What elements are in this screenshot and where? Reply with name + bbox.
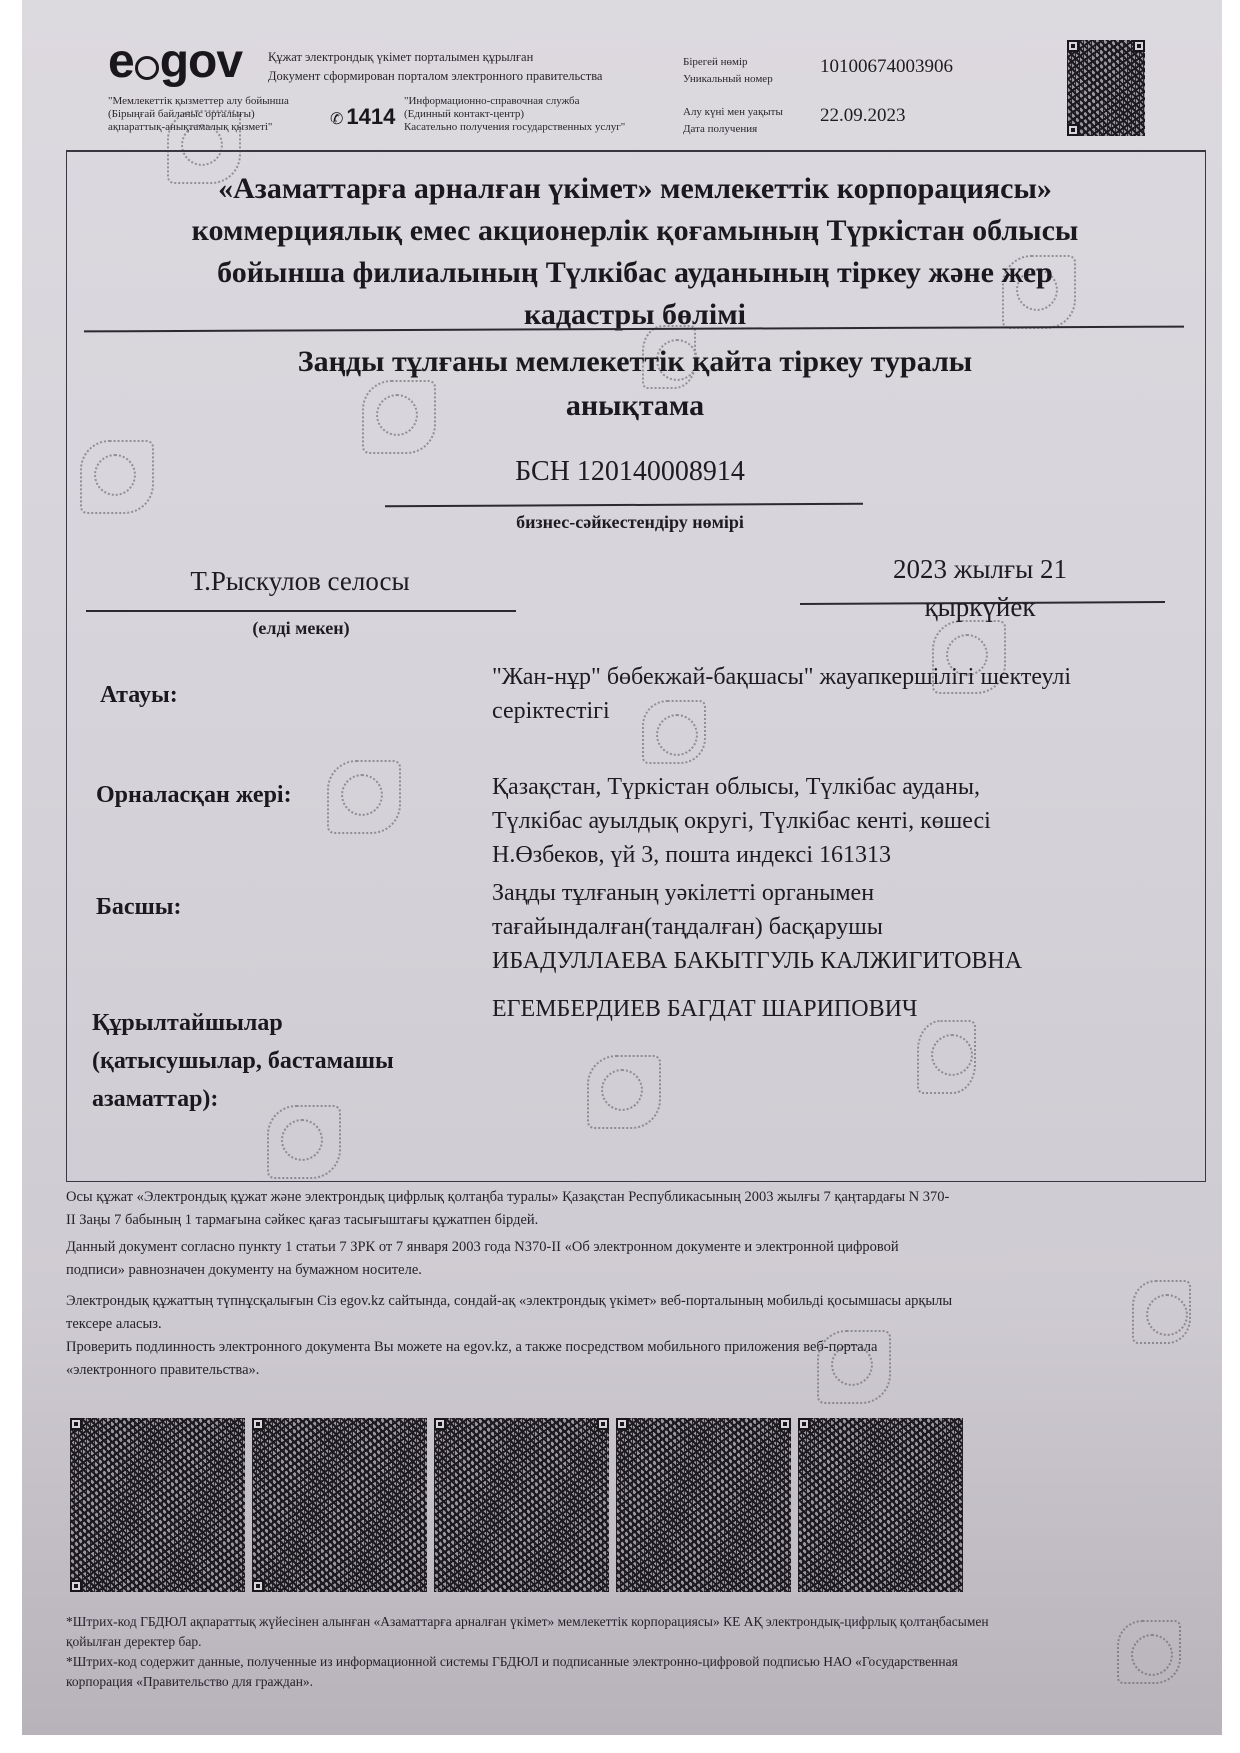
qr-code-icon: [252, 1418, 427, 1592]
org-line: бойынша филиалының Түлкібас ауданының ті…: [70, 252, 1200, 294]
org-line: коммерциялық емес акционерлік қоғамының …: [70, 210, 1200, 252]
barcode-note-line: қойылған деректер бар.: [66, 1632, 1216, 1652]
barcode-note-line: корпорация «Правительство для граждан».: [66, 1672, 1216, 1692]
issue-date-line2: қыркүйек: [800, 592, 1160, 623]
logo-text-gov: gov: [160, 35, 242, 88]
receipt-date-value: 22.09.2023: [820, 105, 906, 127]
document-title: Заңды тұлғаны мемлекеттік қайта тіркеу т…: [70, 340, 1200, 428]
service-ru-line: "Информационно-справочная служба: [404, 95, 625, 108]
date-label-kk: Алу күні мен уақыты: [683, 104, 783, 121]
legal-notice: Осы құжат «Электрондық құжат және электр…: [66, 1186, 1216, 1382]
label-line: Құрылтайшылар: [92, 1004, 394, 1042]
label-line: азаматтар):: [92, 1080, 394, 1118]
qr-finder-icon: [70, 1418, 82, 1430]
qr-finder-icon: [252, 1580, 264, 1592]
service-kk-line: "Мемлекеттік қызметтер алу бойынша: [108, 95, 289, 108]
service-ru-line: Касательно получения государственных усл…: [404, 121, 625, 134]
barcode-note-line: *Штрих-код содержит данные, полученные и…: [66, 1652, 1216, 1672]
qr-finder-icon: [616, 1418, 628, 1430]
unique-number-value: 10100674003906: [820, 56, 953, 78]
service-info-kk: "Мемлекеттік қызметтер алу бойынша (Біры…: [108, 95, 289, 134]
qr-finder-icon: [779, 1418, 791, 1430]
org-line: «Азаматтарға арналған үкімет» мемлекетті…: [70, 168, 1200, 210]
field-value-name: "Жан-нұр" бөбекжай-бақшасы" жауапкершілі…: [492, 660, 1172, 728]
field-value-founders: ЕГЕМБЕРДИЕВ БАГДАТ ШАРИПОВИЧ: [492, 992, 1172, 1026]
legal-line: Осы құжат «Электрондық құжат және электр…: [66, 1186, 1216, 1209]
verify-line: Электрондық құжаттың түпнұсқалығын Сіз e…: [66, 1290, 1216, 1313]
qr-finder-icon: [1067, 124, 1079, 136]
legal-line: Данный документ согласно пункту 1 статьи…: [66, 1236, 1216, 1259]
logo-circle-icon: [135, 56, 159, 80]
unique-label-kk: Бірегей нөмір: [683, 54, 773, 71]
verify-line: тексере аласыз.: [66, 1313, 1216, 1336]
verify-line: Проверить подлинность электронного докум…: [66, 1336, 1216, 1359]
phone-number: 1414: [346, 104, 395, 129]
portal-line-kk: Құжат электрондық үкімет порталымен құры…: [268, 48, 602, 67]
qr-code-icon: [70, 1418, 245, 1592]
unique-number-label: Бірегей нөмір Уникальный номер: [683, 54, 773, 88]
value-line: Түлкібас ауылдық округі, Түлкібас кенті,…: [492, 804, 1172, 838]
qr-code-icon: [616, 1418, 791, 1592]
legal-line: II Заңы 7 бабының 1 тармағына сәйкес қағ…: [66, 1209, 1216, 1232]
issue-date-line1: 2023 жылғы 21: [800, 554, 1160, 585]
value-line: "Жан-нұр" бөбекжай-бақшасы" жауапкершілі…: [492, 660, 1172, 694]
qr-finder-icon: [434, 1418, 446, 1430]
value-line: ИБАДУЛЛАЕВА БАКЫТГУЛЬ КАЛЖИГИТОВНА: [492, 944, 1192, 978]
receipt-date-label: Алу күні мен уақыты Дата получения: [683, 104, 783, 138]
locality-underline: [86, 610, 516, 612]
egov-logo: egov: [108, 38, 242, 86]
title-line: анықтама: [70, 384, 1200, 428]
barcode-notice: *Штрих-код ГБДЮЛ ақпараттық жүйесінен ал…: [66, 1612, 1216, 1692]
locality-caption: (елді мекен): [86, 618, 516, 639]
field-label-founders: Құрылтайшылар (қатысушылар, бастамашы аз…: [92, 1004, 394, 1118]
qr-code-icon: [798, 1418, 963, 1592]
value-line: серіктестігі: [492, 694, 1172, 728]
phone-icon: ✆: [330, 111, 343, 128]
date-label-ru: Дата получения: [683, 121, 783, 138]
qr-code-icon: [434, 1418, 609, 1592]
value-line: тағайындалған(таңдалған) басқарушы: [492, 910, 1192, 944]
header-qr-code: [1067, 40, 1145, 136]
qr-finder-icon: [1067, 40, 1079, 52]
value-line: Заңды тұлғаның уәкілетті органымен: [492, 876, 1192, 910]
value-line: Қазақстан, Түркістан облысы, Түлкібас ау…: [492, 770, 1172, 804]
qr-code-icon: [1067, 40, 1145, 136]
label-line: (қатысушылар, бастамашы: [92, 1042, 394, 1080]
field-label-head: Басшы:: [96, 888, 182, 926]
service-ru-line: (Единный контакт-центр): [404, 108, 625, 121]
service-kk-line: (Бірыңғай байланыс орталығы): [108, 108, 289, 121]
bsn-value: БСН 120140008914: [380, 456, 880, 488]
contact-phone: ✆1414: [330, 104, 395, 130]
qr-finder-icon: [252, 1418, 264, 1430]
value-line: Н.Өзбеков, үй 3, пошта индексі 161313: [492, 838, 1172, 872]
field-label-location: Орналасқан жері:: [96, 776, 292, 814]
barcode-strip: [70, 1418, 963, 1592]
barcode-note-line: *Штрих-код ГБДЮЛ ақпараттық жүйесінен ал…: [66, 1612, 1216, 1632]
logo-text-e: e: [108, 35, 134, 88]
verify-line: «электронного правительства».: [66, 1359, 1216, 1382]
locality-value: Т.Рыскулов селосы: [85, 566, 515, 597]
bsn-caption: бизнес-сәйкестендіру нөмірі: [380, 512, 880, 533]
value-line: ЕГЕМБЕРДИЕВ БАГДАТ ШАРИПОВИЧ: [492, 992, 1172, 1026]
portal-line-ru: Документ сформирован порталом электронно…: [268, 67, 602, 86]
qr-finder-icon: [1133, 40, 1145, 52]
title-line: Заңды тұлғаны мемлекеттік қайта тіркеу т…: [70, 340, 1200, 384]
issuing-organization: «Азаматтарға арналған үкімет» мемлекетті…: [70, 168, 1200, 336]
legal-line: подписи» равнозначен документу на бумажн…: [66, 1259, 1216, 1282]
field-value-head: Заңды тұлғаның уәкілетті органымен тағай…: [492, 876, 1192, 978]
qr-finder-icon: [798, 1418, 810, 1430]
qr-finder-icon: [597, 1418, 609, 1430]
service-info-ru: "Информационно-справочная служба (Единны…: [404, 95, 625, 134]
portal-notice: Құжат электрондық үкімет порталымен құры…: [268, 48, 602, 86]
field-label-name: Атауы:: [100, 676, 178, 714]
service-kk-line: ақпараттық-анықтамалық қызметі": [108, 121, 289, 134]
qr-finder-icon: [70, 1580, 82, 1592]
field-value-location: Қазақстан, Түркістан облысы, Түлкібас ау…: [492, 770, 1172, 872]
unique-label-ru: Уникальный номер: [683, 71, 773, 88]
